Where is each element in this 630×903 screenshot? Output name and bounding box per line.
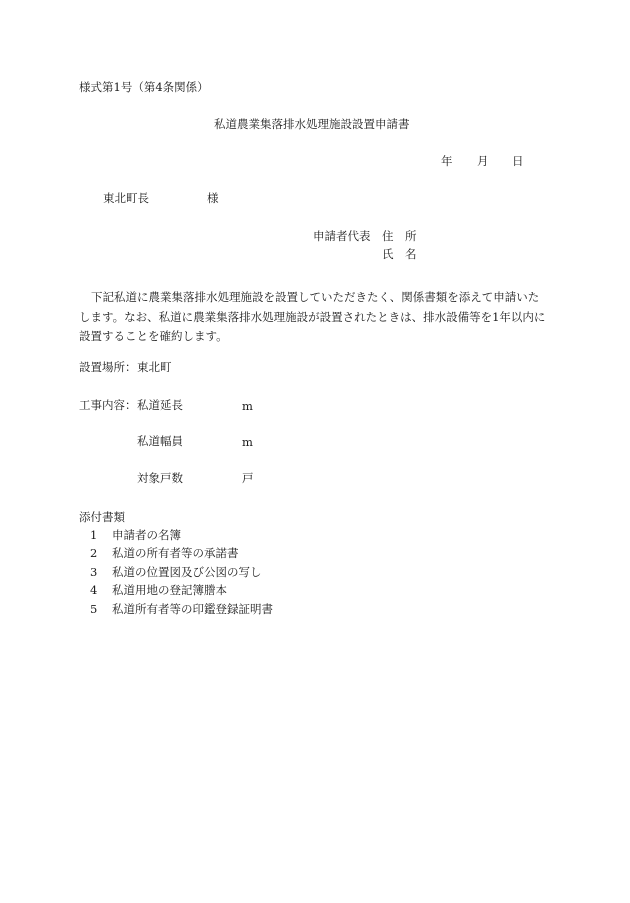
applicant-label: 申請者代表 [313, 231, 371, 243]
attachments-heading: 添付書類 [79, 512, 125, 524]
form-number: 様式第1号（第4条関係） [79, 82, 209, 94]
work-item-name: 私道幅員 [137, 436, 183, 448]
body-line: 下記私道に農業集落排水処理施設を設置していただきたく、関係書類を添えて申請いた [79, 288, 559, 308]
work-item-unit: 戸 [242, 473, 254, 485]
applicant-name-label: 氏 名 [382, 249, 417, 261]
body-line: します。なお、私道に農業集落排水処理施設が設置されたときは、排水設備等を1年以内… [79, 308, 559, 328]
body-paragraph: 下記私道に農業集落排水処理施設を設置していただきたく、関係書類を添えて申請いた … [79, 288, 559, 347]
date-month: 月 [477, 156, 489, 168]
body-line: 設置することを確約します。 [79, 327, 559, 347]
document-title: 私道農業集落排水処理施設設置申請書 [214, 119, 410, 131]
attachment-item: 1申請者の名簿 [90, 530, 181, 542]
addressee-name: 東北町長 [103, 193, 149, 205]
work-item-unit: m [242, 401, 253, 413]
addressee-honorific: 様 [207, 193, 219, 205]
attachment-item: 3私道の位置図及び公図の写し [90, 567, 262, 579]
work-item-name: 私道延長 [137, 400, 183, 412]
date-day: 日 [512, 156, 524, 168]
attachment-item: 5私道所有者等の印鑑登録証明書 [90, 604, 273, 616]
date-year: 年 [441, 156, 453, 168]
work-label: 工事内容： [79, 400, 137, 412]
attachment-item: 2私道の所有者等の承諾書 [90, 548, 239, 560]
location-value: 東北町 [137, 362, 172, 374]
work-item-name: 対象戸数 [137, 473, 183, 485]
applicant-address-label: 住 所 [382, 231, 417, 243]
location-label: 設置場所： [79, 362, 137, 374]
work-item-unit: m [242, 437, 253, 449]
attachment-item: 4私道用地の登記簿謄本 [90, 585, 227, 597]
